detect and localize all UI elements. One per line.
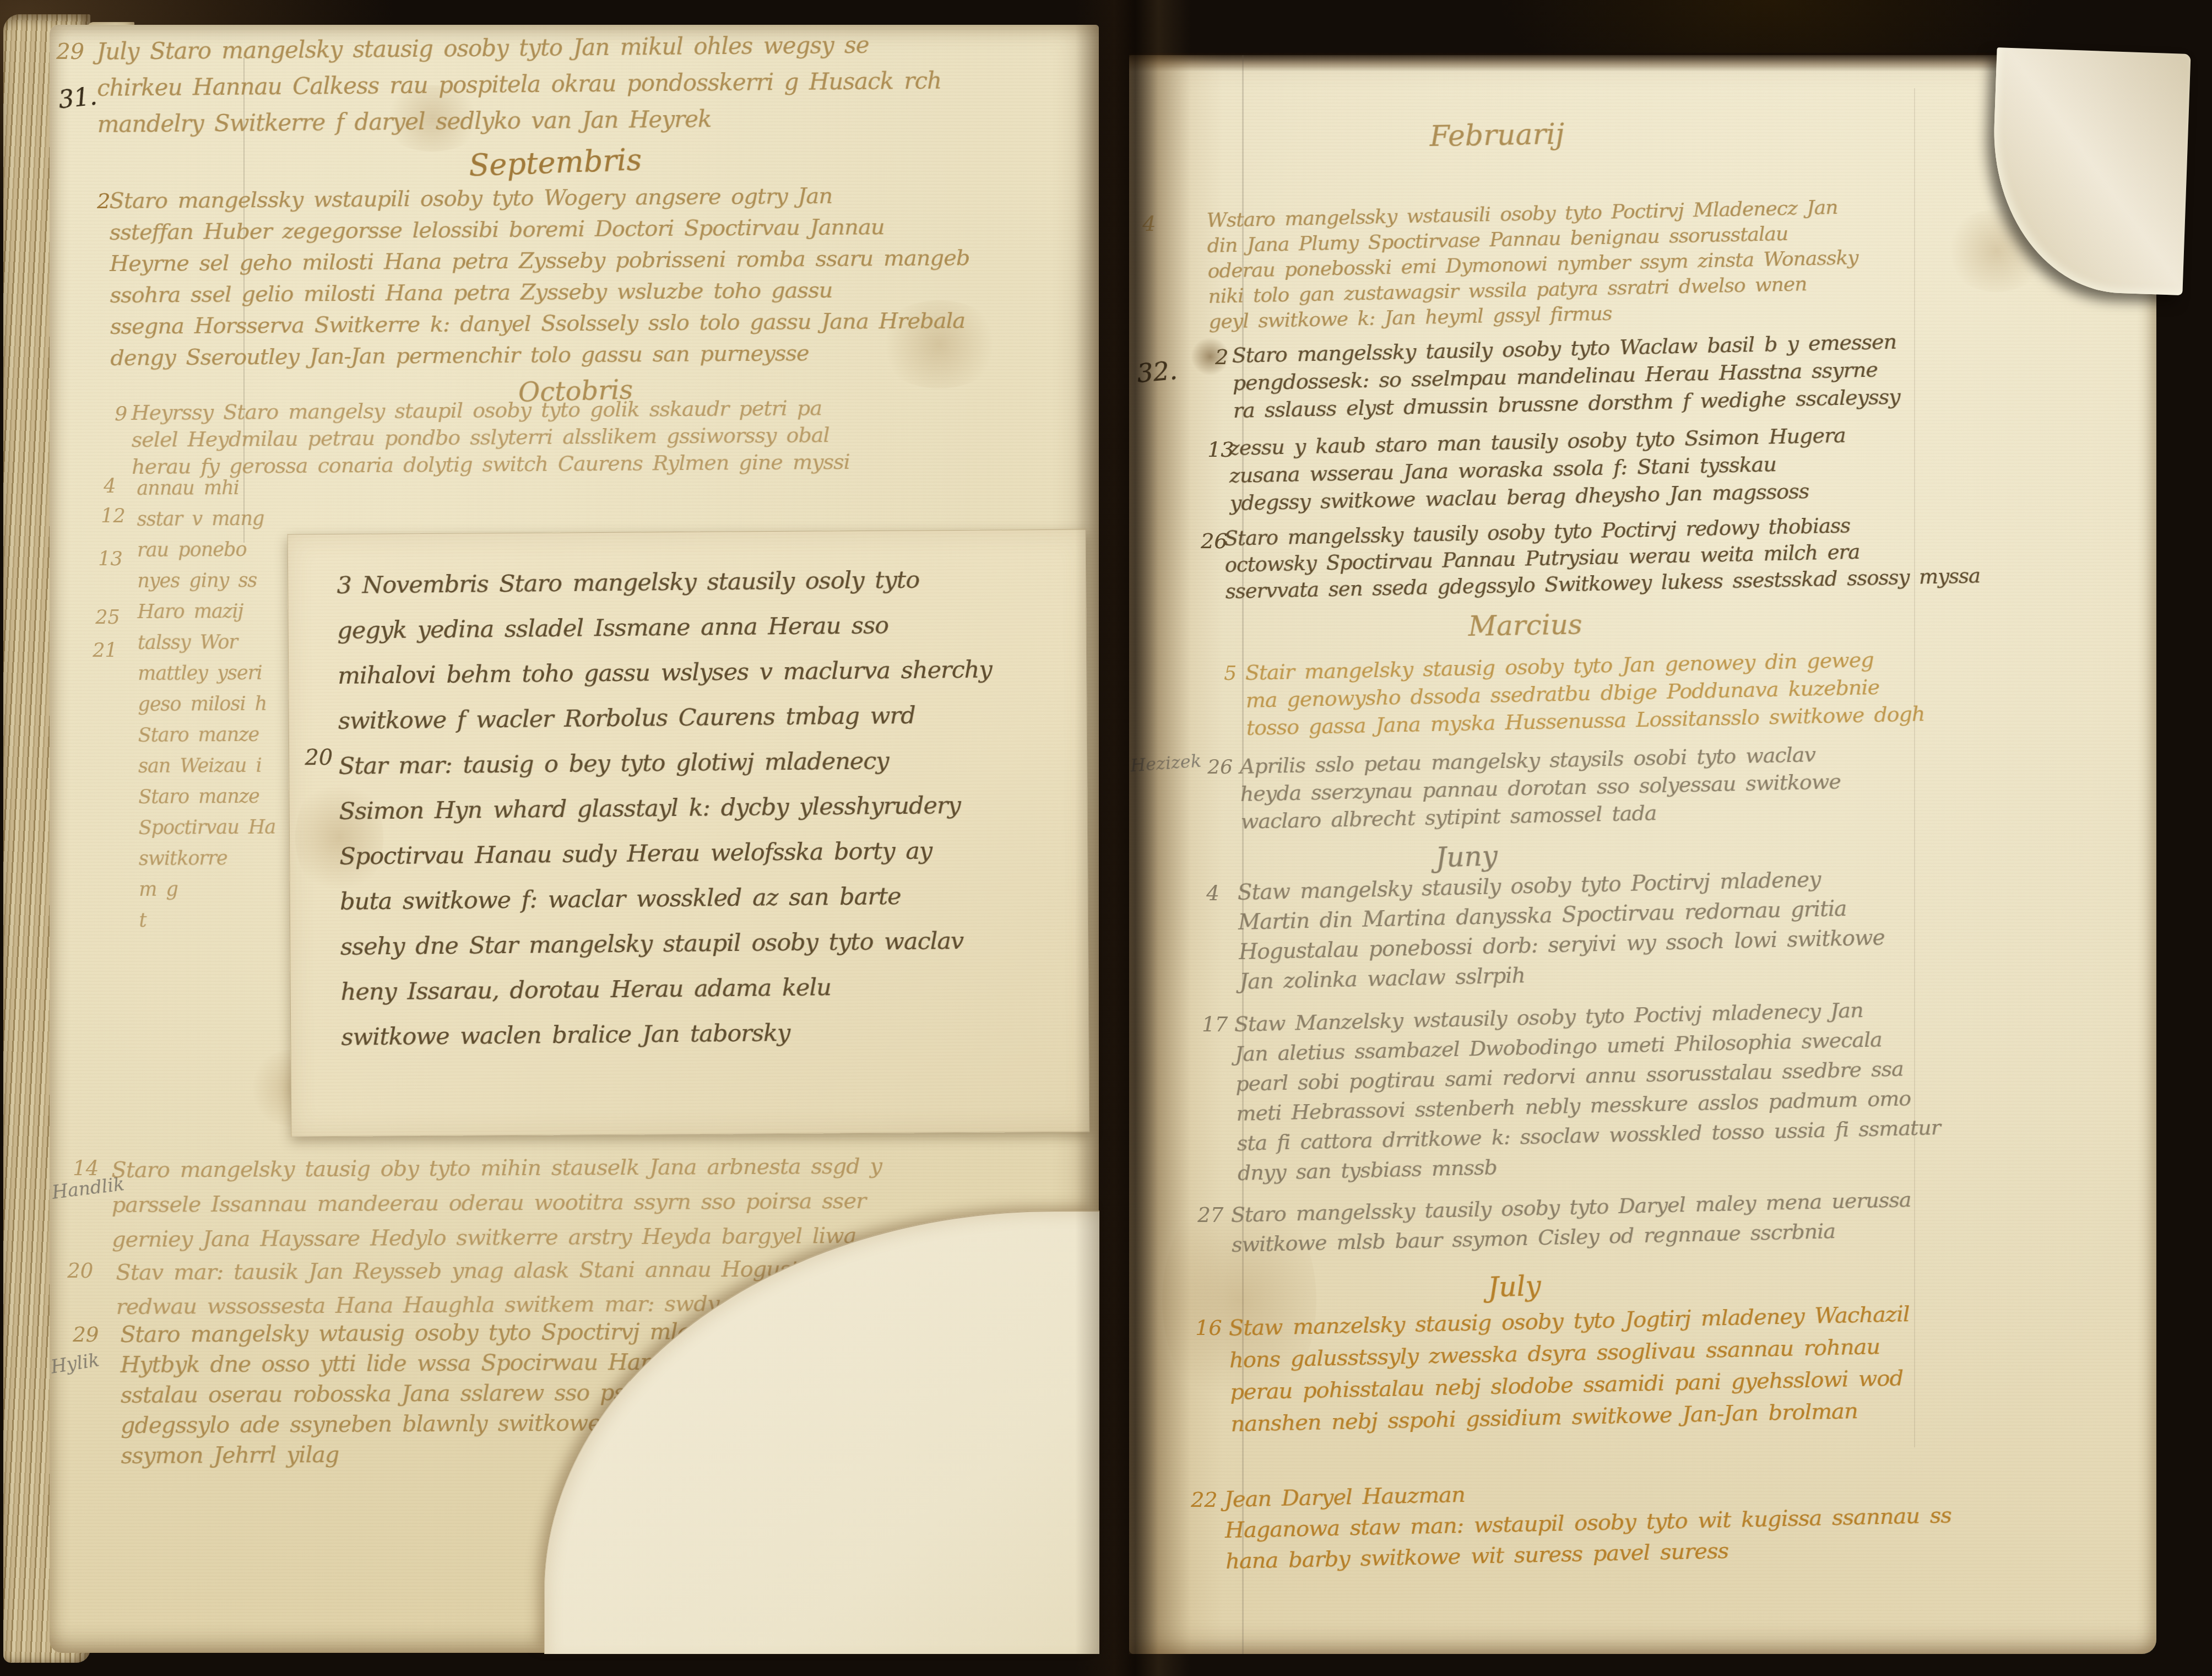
margin-day-29b: 29 xyxy=(73,1323,99,1347)
right-page: Februarij 4 32. Wstaro mangelssky wstaus… xyxy=(1129,55,2156,1654)
entry-feb-26-text: Staro mangelssky tausily osoby tyto Poct… xyxy=(1224,507,2129,605)
entry-mar-5-text: Stair mangelsky stausig osoby tyto Jan g… xyxy=(1245,640,2128,741)
book-gutter-shadow xyxy=(1075,0,1191,1676)
entry-apr-26-text: Aprilis sslo petau mangelsky staysils os… xyxy=(1239,734,2122,835)
entry-feb-2-text: Staro mangelssky tausily osoby tyto Wacl… xyxy=(1232,323,2126,424)
covered-entry-stubs: annau mhi sstar v mang rau ponebo nyes g… xyxy=(137,472,304,936)
margin-day-4: 4 xyxy=(104,475,116,498)
margin-day-27: 27 xyxy=(1197,1203,1223,1227)
manuscript-photo: 29 31. July Staro mangelsky stausig osob… xyxy=(0,0,2212,1676)
margin-day-26-april: 26 xyxy=(1207,756,1233,778)
margin-day-20: 20 xyxy=(67,1259,93,1283)
entry-carryover-text: July Staro mangelsky stausig osoby tyto … xyxy=(96,25,1045,143)
heading-marcius: Marcius xyxy=(1468,608,1582,642)
slip-entry-text: 3 Novembris Staro mangelsky stausily oso… xyxy=(337,556,1047,1060)
margin-day-5: 5 xyxy=(1224,662,1237,685)
margin-day-2: 2 xyxy=(97,189,110,213)
margin-day-25: 25 xyxy=(95,607,120,629)
margin-day-9: 9 xyxy=(115,403,127,425)
heading-septembris: Septembris xyxy=(468,142,642,183)
entry-feb-13-text: zessu y kaub staro man tausily osoby tyt… xyxy=(1228,415,2122,517)
heading-februarij: Februarij xyxy=(1429,118,1564,153)
margin-day-29: 29 xyxy=(56,39,84,64)
heading-juny: Juny xyxy=(1435,840,1498,874)
heading-july: July xyxy=(1487,1270,1541,1304)
entry-jul-22-text: Jean Daryel Hauzman Haganowa staw man: w… xyxy=(1224,1466,2129,1577)
margin-day-12: 12 xyxy=(101,505,126,527)
margin-day-26: 26 xyxy=(1201,529,1227,553)
margin-day-21: 21 xyxy=(93,640,117,662)
margin-day-2: 2 xyxy=(1215,345,1228,369)
left-page-number: 31. xyxy=(57,82,99,114)
entry-october-text: Heyrssy Staro mangelsy staupil osoby tyt… xyxy=(131,393,1068,480)
margin-day-17: 17 xyxy=(1202,1013,1228,1036)
pasted-note-slip: 20 3 Novembris Staro mangelsky stausily … xyxy=(288,529,1090,1137)
entry-jun-4-text: Staw mangelsky stausily osoby tyto Pocti… xyxy=(1237,858,2121,997)
margin-day-13: 13 xyxy=(98,548,123,570)
margin-day-16: 16 xyxy=(1195,1316,1222,1340)
entry-jun-27-text: Staro mangelssky tausily osoby tyto Dary… xyxy=(1230,1180,2124,1259)
pencil-note-hylik: Hylik xyxy=(49,1349,101,1377)
entry-jun-17-text: Staw Manzelsky wstausily osoby tyto Poct… xyxy=(1234,989,2130,1188)
left-page: 29 31. July Staro mangelsky stausig osob… xyxy=(50,25,1099,1653)
margin-day-22: 22 xyxy=(1191,1488,1217,1512)
slip-margin-day-20: 20 xyxy=(305,745,333,770)
margin-day-4-june: 4 xyxy=(1206,882,1219,905)
entry-september-text: Staro mangelssky wstaupili osoby tyto Wo… xyxy=(109,179,1063,374)
entry-feb-4-text: Wstaro mangelssky wstausili osoby tyto P… xyxy=(1206,190,2112,335)
entry-jul-16-text: Staw manzelsky stausig osoby tyto Jogtir… xyxy=(1228,1294,2134,1440)
